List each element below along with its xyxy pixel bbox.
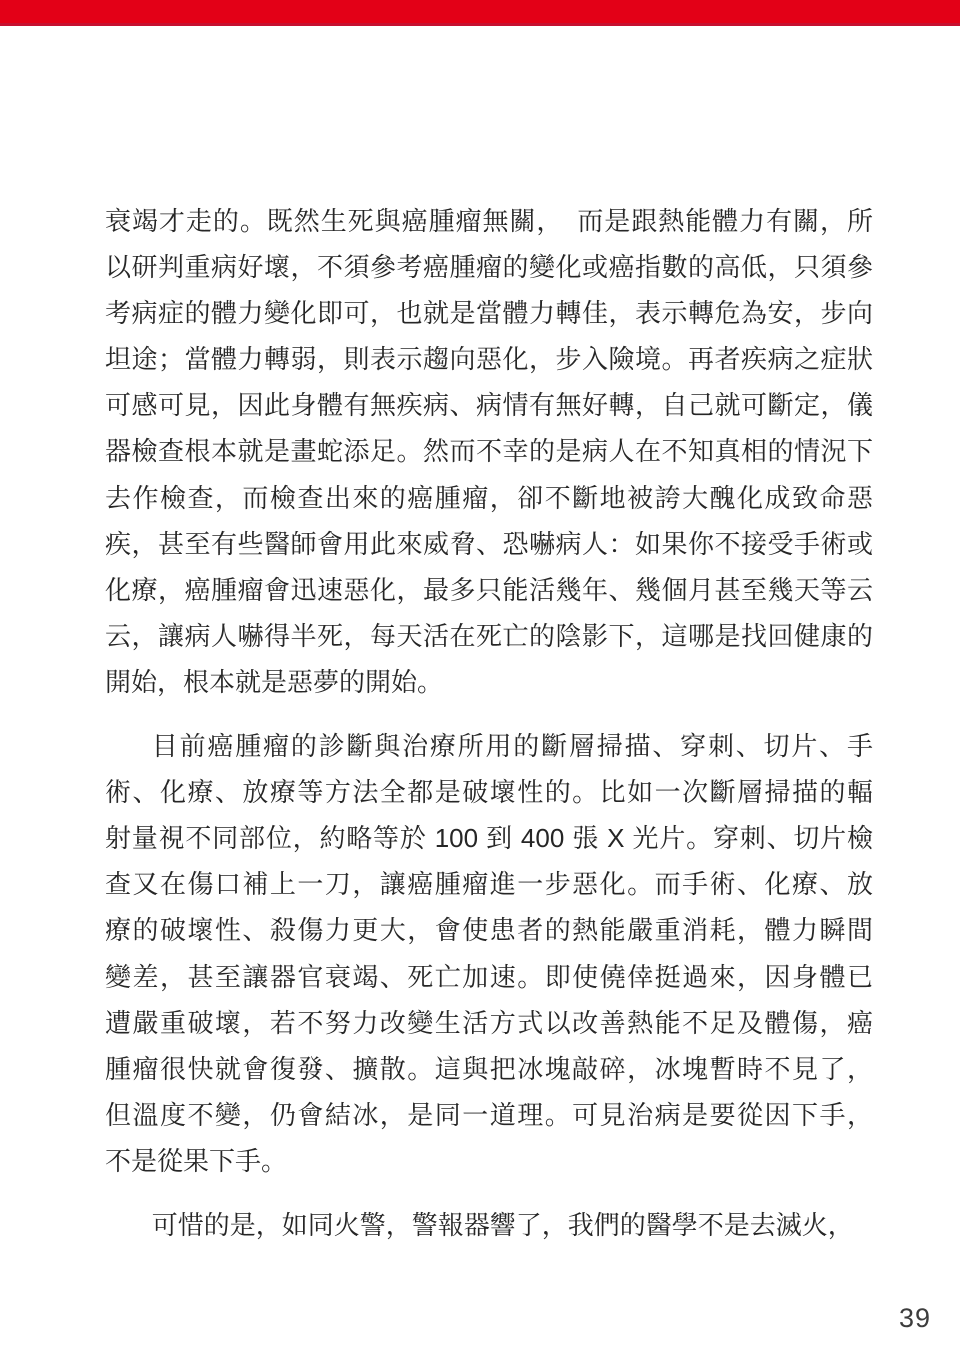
top-red-bar xyxy=(0,0,960,26)
text-line: 以研判重病好壞，不須參考癌腫瘤的變化或癌指數的高低，只須參 xyxy=(105,244,873,290)
text-line: 云，讓病人嚇得半死，每天活在死亡的陰影下，這哪是找回健康的 xyxy=(105,613,873,659)
text-line: 但溫度不變，仍會結冰，是同一道理。可見治病是要從因下手， xyxy=(105,1092,873,1138)
text-line: 化療，癌腫瘤會迅速惡化，最多只能活幾年、幾個月甚至幾天等云 xyxy=(105,567,873,613)
text-line: 可感可見，因此身體有無疾病、病情有無好轉，自己就可斷定，儀 xyxy=(105,382,873,428)
body-text: 衰竭才走的。既然生死與癌腫瘤無關， 而是跟熱能體力有關，所以研判重病好壞，不須參… xyxy=(105,198,873,1248)
paragraph: 目前癌腫瘤的診斷與治療所用的斷層掃描、穿刺、切片、手術、化療、放療等方法全都是破… xyxy=(105,723,873,1184)
paragraph: 衰竭才走的。既然生死與癌腫瘤無關， 而是跟熱能體力有關，所以研判重病好壞，不須參… xyxy=(105,198,873,705)
text-line: 疾，甚至有些醫師會用此來威脅、恐嚇病人：如果你不接受手術或 xyxy=(105,521,873,567)
text-line: 射量視不同部位，約略等於 100 到 400 張 X 光片。穿刺、切片檢 xyxy=(105,815,873,861)
text-line: 器檢查根本就是畫蛇添足。然而不幸的是病人在不知真相的情況下 xyxy=(105,428,873,474)
paragraph: 可惜的是，如同火警，警報器響了，我們的醫學不是去滅火， xyxy=(105,1202,873,1248)
page-number: 39 xyxy=(898,1303,932,1334)
text-line: 開始，根本就是惡夢的開始。 xyxy=(105,659,873,705)
text-line: 不是從果下手。 xyxy=(105,1138,873,1184)
text-line: 可惜的是，如同火警，警報器響了，我們的醫學不是去滅火， xyxy=(105,1202,873,1248)
book-page: 衰竭才走的。既然生死與癌腫瘤無關， 而是跟熱能體力有關，所以研判重病好壞，不須參… xyxy=(0,0,960,1362)
text-line: 坦途；當體力轉弱，則表示趨向惡化，步入險境。再者疾病之症狀 xyxy=(105,336,873,382)
text-line: 變差，甚至讓器官衰竭、死亡加速。即使僥倖挺過來，因身體已 xyxy=(105,954,873,1000)
text-line: 遭嚴重破壞，若不努力改變生活方式以改善熱能不足及體傷，癌 xyxy=(105,1000,873,1046)
text-line: 術、化療、放療等方法全都是破壞性的。比如一次斷層掃描的輻 xyxy=(105,769,873,815)
text-line: 去作檢查，而檢查出來的癌腫瘤，卻不斷地被誇大醜化成致命惡 xyxy=(105,475,873,521)
text-line: 目前癌腫瘤的診斷與治療所用的斷層掃描、穿刺、切片、手 xyxy=(105,723,873,769)
text-line: 考病症的體力變化即可，也就是當體力轉佳，表示轉危為安，步向 xyxy=(105,290,873,336)
text-line: 腫瘤很快就會復發、擴散。這與把冰塊敲碎，冰塊暫時不見了， xyxy=(105,1046,873,1092)
text-line: 衰竭才走的。既然生死與癌腫瘤無關， 而是跟熱能體力有關，所 xyxy=(105,198,873,244)
text-line: 查又在傷口補上一刀，讓癌腫瘤進一步惡化。而手術、化療、放 xyxy=(105,861,873,907)
text-line: 療的破壞性、殺傷力更大，會使患者的熱能嚴重消耗，體力瞬間 xyxy=(105,907,873,953)
